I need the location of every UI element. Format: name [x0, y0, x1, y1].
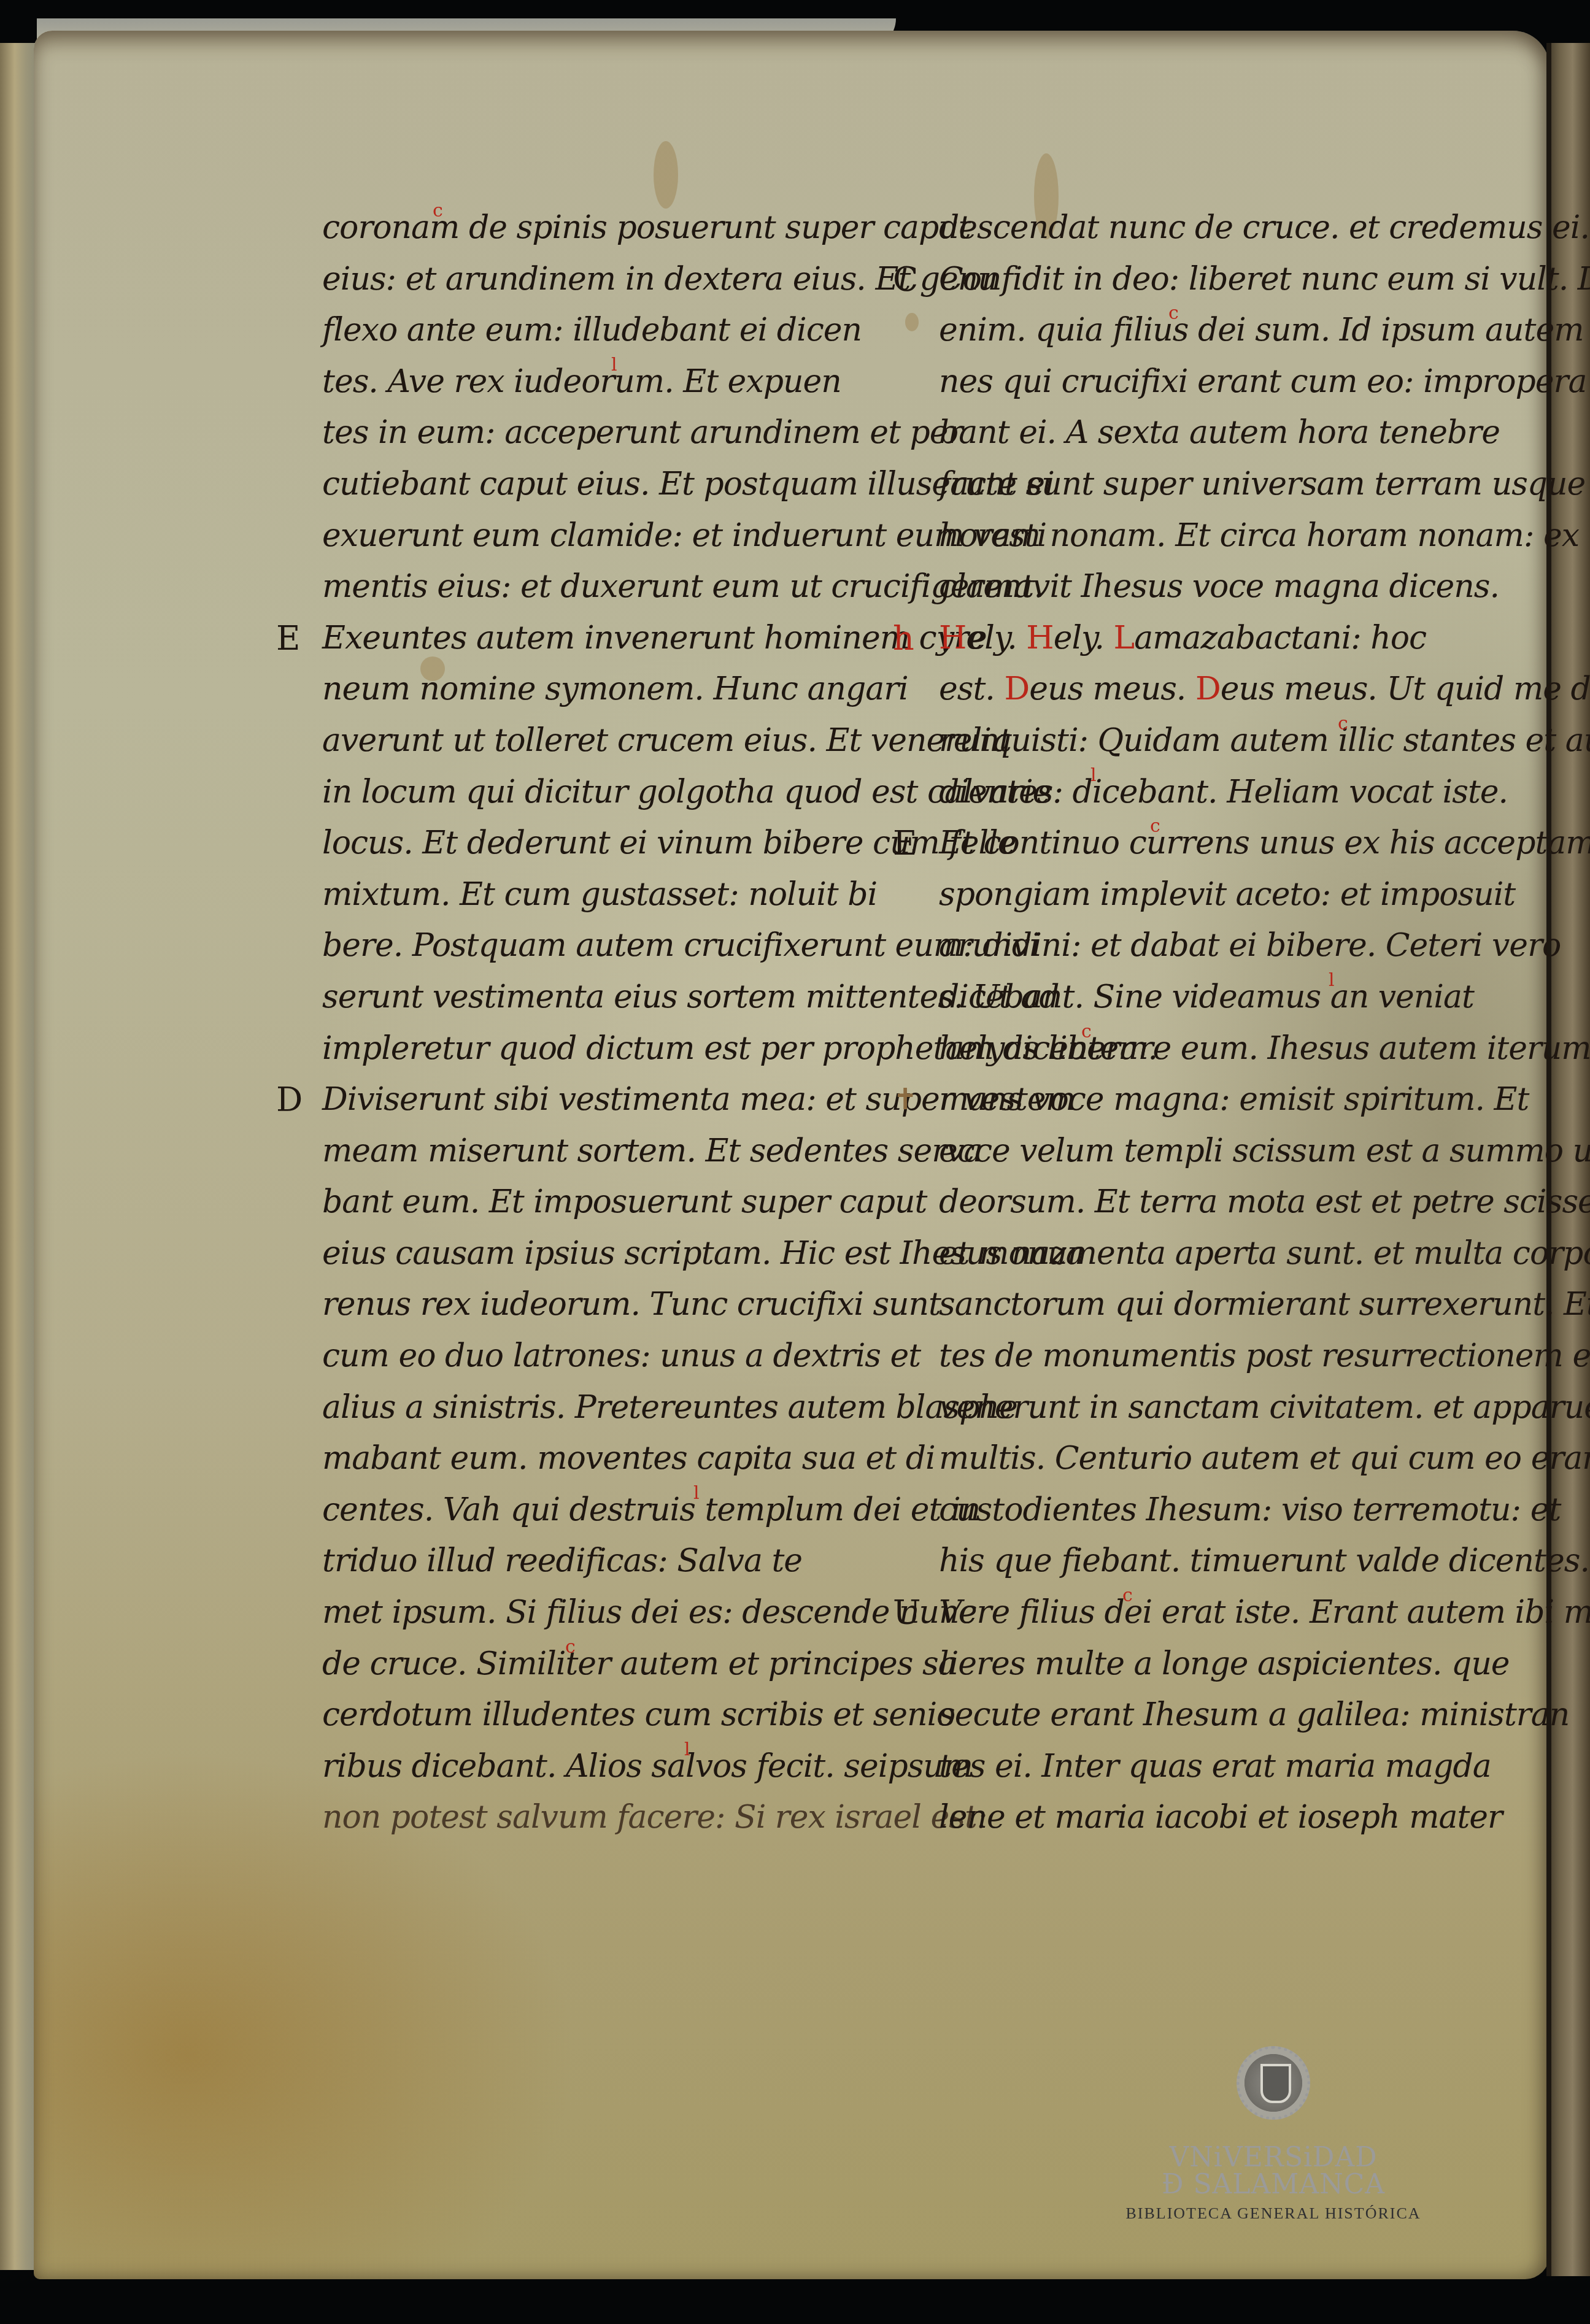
line-text: horam nonam. Et circa horam nonam: ex — [939, 517, 1579, 554]
line-text: facte sunt super universam terram usque … — [939, 466, 1590, 502]
line-text: custodientes Ihesum: viso terremotu: et — [939, 1491, 1561, 1528]
marginal-letter: U — [893, 1587, 920, 1639]
text-line: DDiviserunt sibi vestimenta mea: et supe… — [322, 1074, 874, 1126]
rubric-initial: D — [1195, 671, 1221, 707]
rubric-annotation: c — [565, 1622, 575, 1673]
text-line: meam miserunt sortem. Et sedentes serva — [322, 1126, 874, 1177]
text-line: secute erant Ihesum a galilea: ministran — [939, 1690, 1491, 1741]
stain — [654, 141, 678, 209]
line-text: tes de monumentis post resurrectionem ei… — [939, 1337, 1590, 1374]
book-left-edge — [0, 43, 37, 2270]
rubric-annotation: c — [433, 185, 442, 237]
text-line: eius causam ipsius scriptam. Hic est Ihe… — [322, 1228, 874, 1280]
text-line: arundini: et dabat ei bibere. Ceteri ver… — [939, 920, 1491, 972]
line-text: Hely. Hely. Lamazabactani: hoc — [939, 620, 1426, 656]
text-line: neum nomine symonem. Hunc angari — [322, 664, 874, 715]
rubric-initial: H — [1026, 620, 1053, 656]
line-text: tes ei. Inter quas erat maria magda — [939, 1748, 1491, 1785]
text-line: cenim. quia filius dei sum. Id ipsum aut… — [939, 305, 1491, 356]
text-line: multis. Centurio autem et qui cum eo era… — [939, 1433, 1491, 1485]
text-line: spongiam implevit aceto: et imposuit — [939, 869, 1491, 921]
text-line: lcentes. Vah qui destruis templum dei et… — [322, 1485, 874, 1536]
stain — [905, 313, 919, 331]
line-text: centes. Vah qui destruis templum dei et … — [322, 1491, 980, 1528]
line-text: secute erant Ihesum a galilea: ministran — [939, 1696, 1569, 1733]
line-text: dicebant. Sine videamus an veniat — [939, 979, 1474, 1015]
rubric-annotation: c — [1122, 1570, 1132, 1622]
text-line: his que fiebant. timuerunt valde dicente… — [939, 1536, 1491, 1587]
university-seal-icon — [1237, 2046, 1310, 2120]
rubric-annotation: c — [1168, 288, 1178, 339]
line-text: alius a sinistris. Pretereuntes autem bl… — [322, 1389, 1017, 1426]
text-line: in locum qui dicitur golgotha quod est c… — [322, 767, 874, 818]
line-text: Vere filius dei erat iste. Erant autem i… — [939, 1594, 1590, 1631]
line-text: coronam de spinis posuerunt super caput — [322, 209, 971, 246]
line-text: tes in eum: acceperunt arundinem et per — [322, 414, 962, 451]
text-line: descendat nunc de cruce. et credemus ei. — [939, 202, 1491, 254]
text-line: bant ei. A sexta autem hora tenebre — [939, 407, 1491, 459]
text-line: tes in eum: acceperunt arundinem et per — [322, 407, 874, 459]
line-text: enim. quia filius dei sum. Id ipsum aute… — [939, 312, 1590, 348]
cross-mark-icon: ✝ — [893, 1074, 917, 1126]
rubric-annotation: c — [1081, 1006, 1091, 1058]
text-line: UcVere filius dei erat iste. Erant autem… — [939, 1587, 1491, 1639]
text-line: ecce velum templi scissum est a summo us… — [939, 1126, 1491, 1177]
text-line: et monumenta aperta sunt. et multa corpo… — [939, 1228, 1491, 1280]
text-line: bant eum. Et imposuerunt super caput — [322, 1177, 874, 1228]
right-text-column: descendat nunc de cruce. et credemus ei.… — [939, 202, 1491, 1844]
rubric-initial: H — [939, 620, 966, 656]
line-text: deorsum. Et terra mota est et petre scis… — [939, 1183, 1590, 1220]
text-line: renus rex iudeorum. Tunc crucifixi sunt — [322, 1279, 874, 1331]
rubric-annotation: l — [611, 339, 617, 391]
line-text: cum eo duo latrones: unus a dextris et — [322, 1337, 920, 1374]
text-line: venerunt in sanctam civitatem. et apparu… — [939, 1382, 1491, 1434]
line-text: mans voce magna: emisit spiritum. Et — [939, 1081, 1529, 1118]
rubric-initial: D — [1004, 671, 1029, 707]
line-text: lene et maria iacobi et ioseph mater — [939, 1799, 1502, 1836]
line-text: non potest salvum facere: Si rex israel … — [322, 1799, 987, 1836]
line-text: meam miserunt sortem. Et sedentes serva — [322, 1133, 982, 1169]
line-text: dientes: dicebant. Heliam vocat iste. — [939, 774, 1508, 810]
text-line: horam nonam. Et circa horam nonam: ex — [939, 510, 1491, 562]
line-text: mixtum. Et cum gustasset: noluit bi — [322, 876, 877, 913]
line-text: lieres multe a longe aspicientes. que — [939, 1645, 1510, 1682]
text-line: locus. Et dederunt ei vinum bibere cum f… — [322, 818, 874, 869]
text-line: lieres multe a longe aspicientes. que — [939, 1639, 1491, 1690]
line-text: arundini: et dabat ei bibere. Ceteri ver… — [939, 927, 1561, 964]
line-text: neum nomine symonem. Hunc angari — [322, 671, 908, 707]
text-line: cde cruce. Similiter autem et principes … — [322, 1639, 874, 1690]
text-line: tes ei. Inter quas erat maria magda — [939, 1741, 1491, 1793]
rubric-annotation: c — [1338, 698, 1348, 750]
line-text: Exeuntes autem invenerunt hominem cyre — [322, 620, 987, 656]
text-line: nes qui crucifixi erant cum eo: improper… — [939, 356, 1491, 408]
text-line: mentis eius: et duxerunt eum ut crucifig… — [322, 561, 874, 613]
line-text: bere. Postquam autem crucifixerunt eum: … — [322, 927, 1039, 964]
line-text: triduo illud reedificas: Salva te — [322, 1542, 802, 1579]
line-text: reliquisti: Quidam autem illic stantes e… — [939, 722, 1590, 759]
marginal-letter: E — [893, 818, 916, 869]
text-line: est. Deus meus. Deus meus. Ut quid me de — [939, 664, 1491, 715]
line-text: his que fiebant. timuerunt valde dicente… — [939, 1542, 1589, 1579]
line-text: met ipsum. Si filius dei es: descende nu… — [322, 1594, 976, 1631]
text-line: ldientes: dicebant. Heliam vocat iste. — [939, 767, 1491, 818]
watermark-salamanca: Đ SALAMANCA — [1132, 2171, 1414, 2198]
text-line: bere. Postquam autem crucifixerunt eum: … — [322, 920, 874, 972]
text-line: ldicebant. Sine videamus an veniat — [939, 972, 1491, 1023]
left-text-column: ccoronam de spinis posuerunt super caput… — [322, 202, 874, 1844]
marginal-letter: h — [893, 613, 914, 664]
line-text: multis. Centurio autem et qui cum eo era… — [939, 1440, 1590, 1477]
line-text: helyas liberare eum. Ihesus autem iterum… — [939, 1030, 1590, 1067]
line-text: venerunt in sanctam civitatem. et apparu… — [939, 1389, 1590, 1426]
line-text: cerdotum illudentes cum scribis et senio — [322, 1696, 955, 1733]
line-text: bant ei. A sexta autem hora tenebre — [939, 414, 1500, 451]
watermark-university: VNiVERSiDAD — [1132, 2144, 1414, 2171]
text-line: cutiebant caput eius. Et postquam illuse… — [322, 459, 874, 510]
text-line: chelyas liberare eum. Ihesus autem iteru… — [939, 1023, 1491, 1075]
text-line: impleretur quod dictum est per prophetam… — [322, 1023, 874, 1075]
line-text: averunt ut tolleret crucem eius. Et vene… — [322, 722, 1011, 759]
text-line: hHely. Hely. Lamazabactani: hoc — [939, 613, 1491, 664]
line-text: spongiam implevit aceto: et imposuit — [939, 876, 1515, 913]
text-line: deorsum. Et terra mota est et petre scis… — [939, 1177, 1491, 1228]
text-line: mixtum. Et cum gustasset: noluit bi — [322, 869, 874, 921]
text-line: cerdotum illudentes cum scribis et senio — [322, 1690, 874, 1741]
marginal-letter: D — [276, 1074, 302, 1126]
line-text: et monumenta aperta sunt. et multa corpo… — [939, 1235, 1590, 1272]
text-line: ccoronam de spinis posuerunt super caput — [322, 202, 874, 254]
text-line: eius: et arundinem in dextera eius. Et g… — [322, 254, 874, 306]
rubric-annotation: l — [684, 1724, 690, 1776]
text-line: EcEt continuo currens unus ex his accept… — [939, 818, 1491, 869]
text-line: non potest salvum facere: Si rex israel … — [322, 1792, 874, 1844]
line-text: Et continuo currens unus ex his acceptam — [939, 825, 1590, 861]
line-text: bant eum. Et imposuerunt super caput — [322, 1183, 927, 1220]
text-line: CConfidit in deo: liberet nunc eum si vu… — [939, 254, 1491, 306]
text-line: flexo ante eum: illudebant ei dicen — [322, 305, 874, 356]
text-line: serunt vestimenta eius sortem mittentes.… — [322, 972, 874, 1023]
line-text: renus rex iudeorum. Tunc crucifixi sunt — [322, 1286, 941, 1323]
line-text: tes. Ave rex iudeorum. Et expuen — [322, 363, 841, 400]
text-line: clamavit Ihesus voce magna dicens. — [939, 561, 1491, 613]
text-line: averunt ut tolleret crucem eius. Et vene… — [322, 715, 874, 767]
rubric-initial: L — [1114, 620, 1135, 656]
marginal-letter: E — [276, 613, 299, 664]
line-text: exuerunt eum clamide: et induerunt eum v… — [322, 517, 1046, 554]
rubric-annotation: l — [1329, 955, 1334, 1006]
line-text: clamavit Ihesus voce magna dicens. — [939, 568, 1499, 605]
line-text: mabant eum. moventes capita sua et di — [322, 1440, 935, 1477]
text-line: triduo illud reedificas: Salva te — [322, 1536, 874, 1587]
text-line: sanctorum qui dormierant surrexerunt. Et… — [939, 1279, 1491, 1331]
line-text: Confidit in deo: liberet nunc eum si vul… — [939, 261, 1590, 298]
line-text: mentis eius: et duxerunt eum ut crucifig… — [322, 568, 1043, 605]
text-line: exuerunt eum clamide: et induerunt eum v… — [322, 510, 874, 562]
text-line: cum eo duo latrones: unus a dextris et — [322, 1331, 874, 1382]
rubric-annotation: l — [693, 1468, 699, 1519]
text-line: met ipsum. Si filius dei es: descende nu… — [322, 1587, 874, 1639]
text-line: tes de monumentis post resurrectionem ei… — [939, 1331, 1491, 1382]
text-line: EExeuntes autem invenerunt hominem cyre — [322, 613, 874, 664]
rubric-annotation: l — [1090, 750, 1096, 801]
text-line: alius a sinistris. Pretereuntes autem bl… — [322, 1382, 874, 1434]
line-text: est. Deus meus. Deus meus. Ut quid me de — [939, 671, 1590, 707]
text-line: mabant eum. moventes capita sua et di — [322, 1433, 874, 1485]
marginal-letter: C — [893, 254, 917, 306]
text-line: lene et maria iacobi et ioseph mater — [939, 1792, 1491, 1844]
line-text: sanctorum qui dormierant surrexerunt. Et… — [939, 1286, 1590, 1323]
line-text: descendat nunc de cruce. et credemus ei. — [939, 209, 1589, 246]
rubric-annotation: c — [1150, 801, 1160, 852]
library-watermark: VNiVERSiDAD Đ SALAMANCA BIBLIOTECA GENER… — [1132, 2046, 1414, 2223]
text-line: ltes. Ave rex iudeorum. Et expuen — [322, 356, 874, 408]
line-text: ribus dicebant. Alios salvos fecit. seip… — [322, 1748, 973, 1785]
text-line: custodientes Ihesum: viso terremotu: et — [939, 1485, 1491, 1536]
line-text: ecce velum templi scissum est a summo us… — [939, 1133, 1590, 1169]
line-text: nes qui crucifixi erant cum eo: improper… — [939, 363, 1586, 400]
text-line: ✝mans voce magna: emisit spiritum. Et — [939, 1074, 1491, 1126]
text-line: lribus dicebant. Alios salvos fecit. sei… — [322, 1741, 874, 1793]
watermark-library: BIBLIOTECA GENERAL HISTÓRICA — [1083, 2204, 1464, 2223]
line-text: de cruce. Similiter autem et principes s… — [322, 1645, 957, 1682]
line-text: flexo ante eum: illudebant ei dicen — [322, 312, 862, 348]
text-line: creliquisti: Quidam autem illic stantes … — [939, 715, 1491, 767]
text-line: facte sunt super universam terram usque … — [939, 459, 1491, 510]
